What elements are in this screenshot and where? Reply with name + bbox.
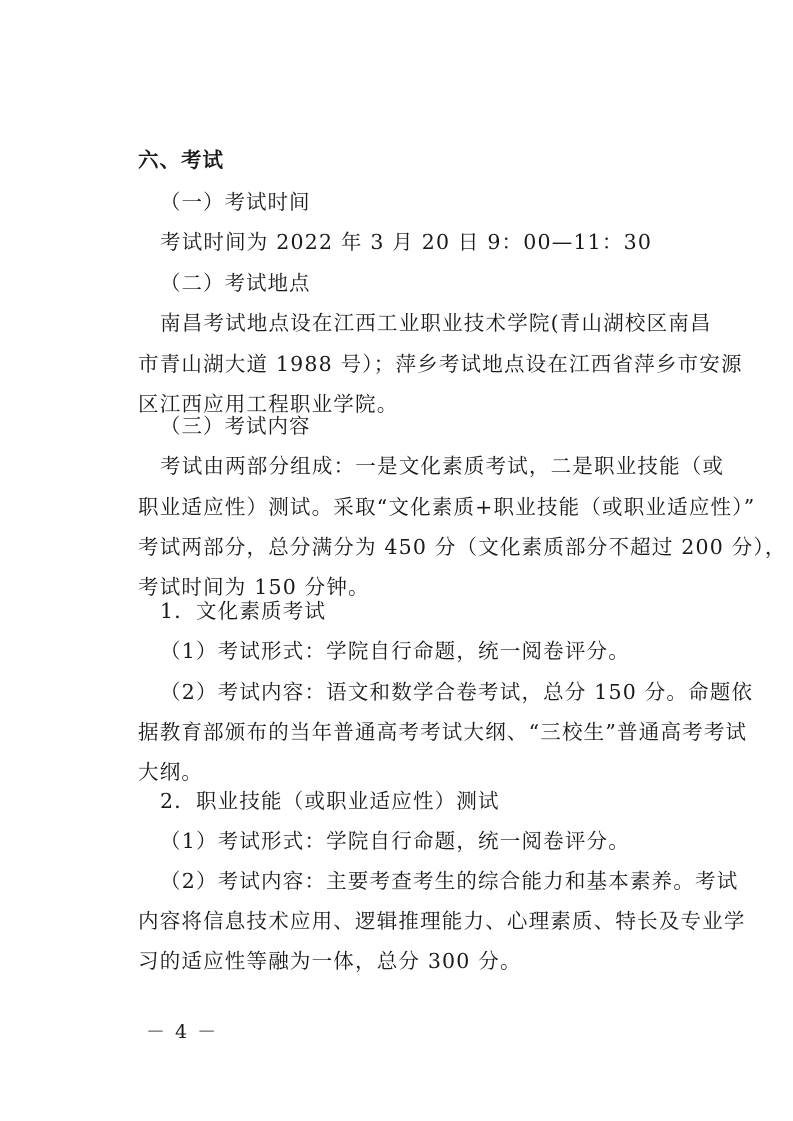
paragraph-line: 考试两部分，总分满分为 450 分（文化素质部分不超过 200 分），	[138, 533, 787, 561]
item-line: 习的适应性等融为一体，总分 300 分。	[138, 947, 522, 975]
item-line: （2）考试内容：语文和数学合卷考试，总分 150 分。命题依	[160, 678, 753, 706]
item-line: 大纲。	[138, 758, 203, 786]
item-line: 内容将信息技术应用、逻辑推理能力、心理素质、特长及专业学	[138, 907, 746, 935]
item-line: （1）考试形式：学院自行命题，统一阅卷评分。	[160, 637, 630, 665]
paragraph-line: 职业适应性）测试。采取“文化素质+职业技能（或职业适应性）”	[138, 493, 755, 521]
item-line: 据教育部颁布的当年普通高考考试大纲、“三校生”普通高考考试	[138, 718, 747, 746]
paragraph-line: 市青山湖大道 1988 号）；萍乡考试地点设在江西省萍乡市安源	[138, 350, 743, 378]
item-title-culture: 1．文化素质考试	[160, 597, 326, 625]
page-number: － 4 －	[146, 1020, 218, 1044]
subsection-title-content: （三）考试内容	[160, 412, 311, 440]
subsection-title-location: （二）考试地点	[160, 269, 311, 297]
item-line: （2）考试内容：主要考查考生的综合能力和基本素养。考试	[160, 867, 738, 895]
document-page: 六、考试 （一）考试时间 考试时间为 2022 年 3 月 20 日 9：00—…	[0, 0, 793, 1121]
subsection-title-time: （一）考试时间	[160, 188, 311, 216]
section-title: 六、考试	[138, 146, 224, 174]
paragraph-line: 考试时间为 2022 年 3 月 20 日 9：00—11：30	[160, 228, 652, 256]
paragraph-line: 考试由两部分组成：一是文化素质考试，二是职业技能（或	[160, 452, 724, 480]
paragraph-line: 南昌考试地点设在江西工业职业技术学院(青山湖校区南昌	[160, 309, 712, 337]
item-line: （1）考试形式：学院自行命题，统一阅卷评分。	[160, 827, 630, 855]
item-title-skills: 2．职业技能（或职业适应性）测试	[160, 787, 500, 815]
